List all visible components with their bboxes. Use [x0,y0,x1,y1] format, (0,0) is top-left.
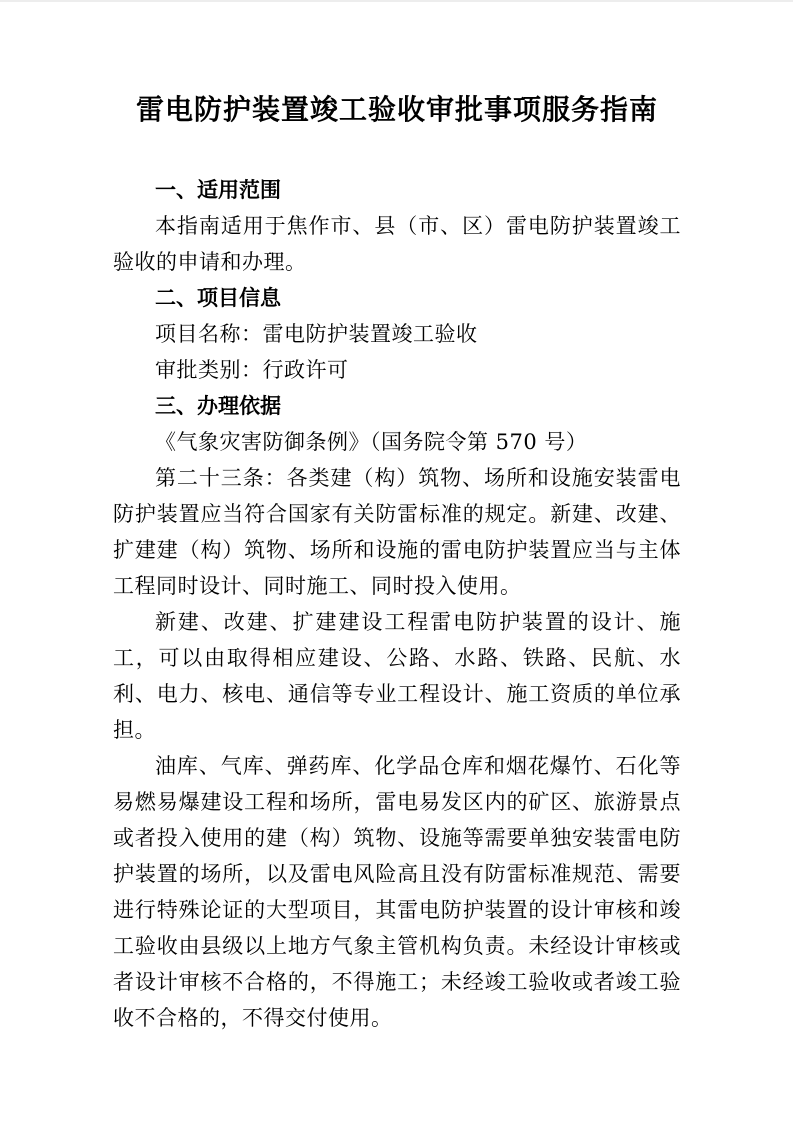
paragraph-project-name: 项目名称：雷电防护装置竣工验收 [113,316,681,352]
section-heading-scope: 一、适用范围 [113,172,681,208]
paragraph-scope: 本指南适用于焦作市、县（市、区）雷电防护装置竣工验收的申请和办理。 [113,208,681,280]
paragraph-design-construction-qualification: 新建、改建、扩建建设工程雷电防护装置的设计、施工，可以由取得相应建设、公路、水路… [113,604,681,748]
document-title: 雷电防护装置竣工验收审批事项服务指南 [113,92,681,128]
paragraph-approval-category: 审批类别：行政许可 [113,352,681,388]
section-heading-legal-basis: 三、办理依据 [113,388,681,424]
paragraph-special-sites-responsibility: 油库、气库、弹药库、化学品仓库和烟花爆竹、石化等易燃易爆建设工程和场所，雷电易发… [113,748,681,1036]
page-top-edge [0,0,793,2]
document-page: 雷电防护装置竣工验收审批事项服务指南 一、适用范围 本指南适用于焦作市、县（市、… [0,0,793,1122]
paragraph-regulation-title: 《气象灾害防御条例》（国务院令第 570 号） [113,424,681,460]
document-content: 雷电防护装置竣工验收审批事项服务指南 一、适用范围 本指南适用于焦作市、县（市、… [113,92,681,1036]
section-heading-project-info: 二、项目信息 [113,280,681,316]
paragraph-article-23: 第二十三条：各类建（构）筑物、场所和设施安装雷电防护装置应当符合国家有关防雷标准… [113,460,681,604]
